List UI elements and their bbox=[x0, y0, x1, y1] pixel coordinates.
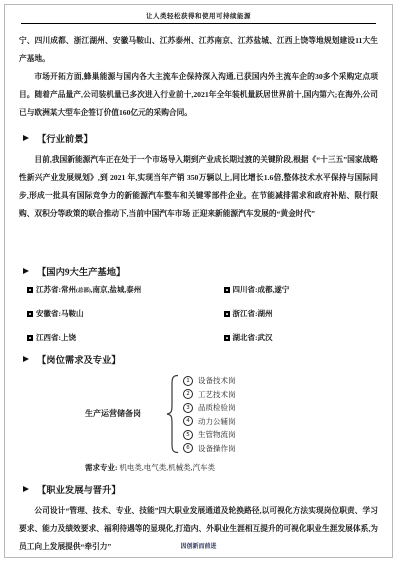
curly-brace-icon bbox=[166, 374, 179, 454]
intro-paragraph-continued: 宁、四川成都、浙江湖州、安徽马鞍山、江苏泰州、江苏南京、江苏盐城、江西上饶等地规… bbox=[19, 32, 378, 68]
square-bullet-icon bbox=[27, 311, 33, 317]
section-title: 【行业前景】 bbox=[37, 131, 93, 145]
majors-row: 需求专业: 机电类,电气类,机械类,汽车类 bbox=[85, 462, 378, 473]
base-text: 四川省:成都,遂宁 bbox=[233, 284, 290, 295]
section-header-jobs: 【岗位需求及专业】 bbox=[23, 352, 378, 366]
base-item-jiangsu: 江苏省:常州(总部),南京,盐城,泰州 bbox=[27, 284, 224, 295]
position-name: 动力公辅岗 bbox=[198, 416, 236, 427]
circled-number-icon: 4 bbox=[183, 416, 193, 426]
position-name: 设备操作岗 bbox=[198, 443, 236, 454]
position-item: 2 工艺技术岗 bbox=[183, 389, 236, 400]
circled-number-icon: 2 bbox=[183, 389, 193, 399]
position-name: 设备技术岗 bbox=[198, 375, 236, 386]
section-header-bases: 【国内9大生产基地】 bbox=[23, 264, 378, 278]
hq-note: (总部) bbox=[76, 288, 91, 294]
base-item-jiangxi: 江西省:上饶 bbox=[27, 332, 224, 343]
square-bullet-icon bbox=[224, 335, 230, 341]
base-text: 浙江省:湖州 bbox=[233, 308, 273, 319]
circled-number-icon: 6 bbox=[183, 443, 193, 453]
arrow-bullet-icon bbox=[23, 486, 29, 492]
positions-list: 1 设备技术岗 2 工艺技术岗 3 品质检验岗 4 动力公辅岗 5 生管物流岗 … bbox=[183, 375, 236, 454]
section-title: 【国内9大生产基地】 bbox=[37, 264, 125, 278]
production-bases-grid: 江苏省:常州(总部),南京,盐城,泰州 四川省:成都,遂宁 安徽省:马鞍山 浙江… bbox=[27, 284, 378, 343]
position-name: 生管物流岗 bbox=[198, 429, 236, 440]
jobs-group-label: 生产运营储备岗 bbox=[85, 408, 141, 419]
base-item-hubei: 湖北省:武汉 bbox=[224, 332, 378, 343]
section-title: 【岗位需求及专业】 bbox=[37, 352, 121, 366]
square-bullet-icon bbox=[27, 287, 33, 293]
square-bullet-icon bbox=[224, 311, 230, 317]
page-footer-slogan: 因创新而前进 bbox=[5, 541, 392, 550]
square-bullet-icon bbox=[27, 335, 33, 341]
base-text: 湖北省:武汉 bbox=[233, 332, 273, 343]
market-expansion-paragraph: 市场开拓方面,蜂巢能源与国内各大主流车企保持深入沟通,已获国内外主流车企的30多… bbox=[19, 68, 378, 122]
base-text: 江苏省:常州(总部),南京,盐城,泰州 bbox=[36, 284, 141, 295]
position-item: 6 设备操作岗 bbox=[183, 443, 236, 454]
position-item: 4 动力公辅岗 bbox=[183, 416, 236, 427]
section-title: 【职业发展与晋升】 bbox=[37, 482, 121, 496]
circled-number-icon: 5 bbox=[183, 430, 193, 440]
base-item-anhui: 安徽省:马鞍山 bbox=[27, 308, 224, 319]
majors-label: 需求专业: bbox=[85, 463, 118, 472]
document-page: 让人类轻松获得和使用可持续能源 宁、四川成都、浙江湖州、安徽马鞍山、江苏泰州、江… bbox=[4, 4, 393, 558]
base-item-zhejiang: 浙江省:湖州 bbox=[224, 308, 378, 319]
industry-outlook-paragraph: 目前,我国新能源汽车正在处于一个市场导入期到产业成长期过渡的关键阶段,根据《“十… bbox=[19, 151, 378, 255]
circled-number-icon: 1 bbox=[183, 376, 193, 386]
base-text: 江西省:上饶 bbox=[36, 332, 76, 343]
base-text: 安徽省:马鞍山 bbox=[36, 308, 84, 319]
jobs-block: 生产运营储备岗 1 设备技术岗 2 工艺技术岗 3 品质检验岗 4 动力公辅岗 … bbox=[19, 372, 378, 456]
page-header-slogan: 让人类轻松获得和使用可持续能源 bbox=[21, 11, 376, 24]
majors-text: 机电类,电气类,机械类,汽车类 bbox=[119, 463, 215, 472]
section-header-industry: 【行业前景】 bbox=[23, 131, 378, 145]
circled-number-icon: 3 bbox=[183, 403, 193, 413]
section-header-career: 【职业发展与晋升】 bbox=[23, 482, 378, 496]
position-item: 5 生管物流岗 bbox=[183, 429, 236, 440]
arrow-bullet-icon bbox=[23, 356, 29, 362]
position-name: 品质检验岗 bbox=[198, 402, 236, 413]
square-bullet-icon bbox=[224, 287, 230, 293]
position-item: 1 设备技术岗 bbox=[183, 375, 236, 386]
arrow-bullet-icon bbox=[23, 135, 29, 141]
position-name: 工艺技术岗 bbox=[198, 389, 236, 400]
arrow-bullet-icon bbox=[23, 268, 29, 274]
base-item-sichuan: 四川省:成都,遂宁 bbox=[224, 284, 378, 295]
position-item: 3 品质检验岗 bbox=[183, 402, 236, 413]
